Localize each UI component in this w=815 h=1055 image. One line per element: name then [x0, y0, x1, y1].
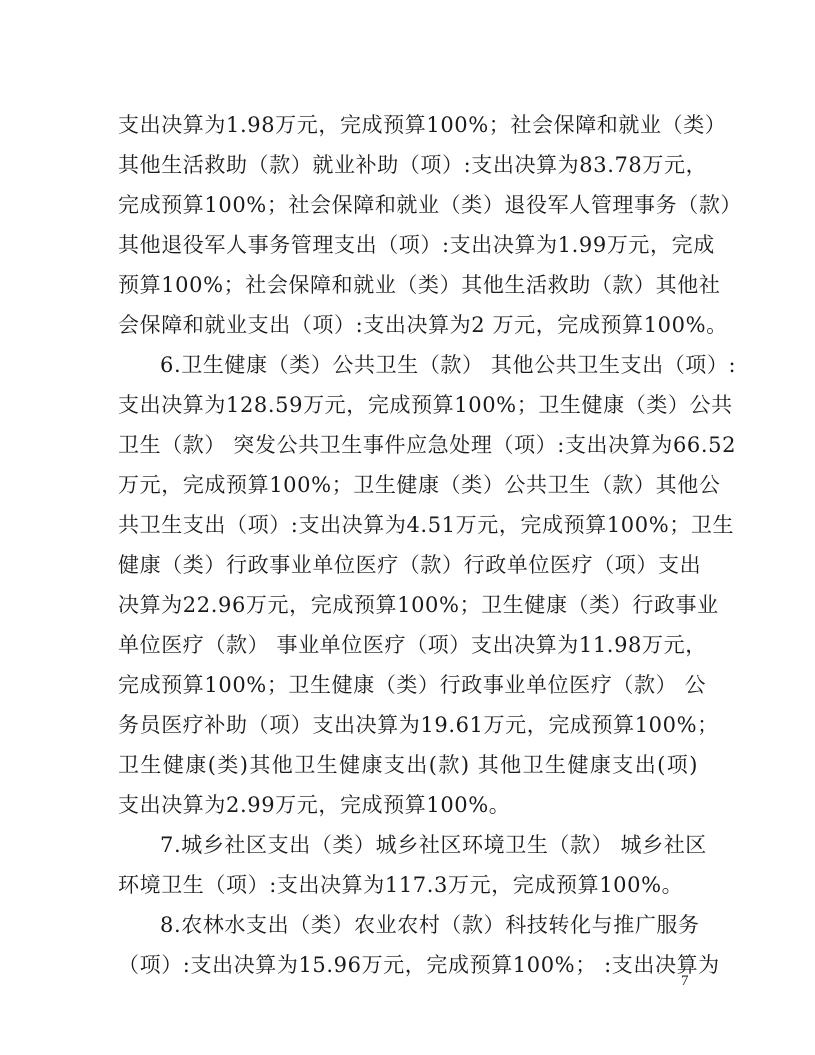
- text-line: 卫生健康(类)其他卫生健康支出(款) 其他卫生健康支出(项): [118, 751, 698, 779]
- text-line: 健康（类）行政事业单位医疗（款）行政单位医疗（项）支出: [118, 551, 698, 579]
- text-line: 预算100%；社会保障和就业（类）其他生活救助（款）其他社: [118, 271, 698, 299]
- document-page: 支出决算为1.98万元，完成预算100%；社会保障和就业（类）其他生活救助（款）…: [0, 0, 815, 1055]
- text-line: 完成预算100%；卫生健康（类）行政事业单位医疗（款） 公: [118, 671, 698, 699]
- text-line: （项）:支出决算为15.96万元，完成预算100%； :支出决算为: [118, 951, 698, 979]
- text-line: 单位医疗（款） 事业单位医疗（项）支出决算为11.98万元，: [118, 631, 698, 659]
- paragraph-first-line: 6.卫生健康（类）公共卫生（款） 其他公共卫生支出（项）:: [160, 351, 698, 379]
- text-line: 环境卫生（项）:支出决算为117.3万元，完成预算100%。: [118, 871, 698, 899]
- text-line: 务员医疗补助（项）支出决算为19.61万元，完成预算100%；: [118, 711, 698, 739]
- text-line: 卫生（款） 突发公共卫生事件应急处理（项）:支出决算为66.52: [118, 431, 698, 459]
- text-line: 支出决算为128.59万元，完成预算100%；卫生健康（类）公共: [118, 391, 698, 419]
- text-line: 完成预算100%；社会保障和就业（类）退役军人管理事务（款）: [118, 191, 698, 219]
- text-line: 其他退役军人事务管理支出（项）:支出决算为1.99万元，完成: [118, 231, 698, 259]
- text-line: 共卫生支出（项）:支出决算为4.51万元，完成预算100%；卫生: [118, 511, 698, 539]
- text-line: 万元，完成预算100%；卫生健康（类）公共卫生（款）其他公: [118, 471, 698, 499]
- page-number: 7: [681, 972, 689, 990]
- text-line: 决算为22.96万元，完成预算100%；卫生健康（类）行政事业: [118, 591, 698, 619]
- text-line: 支出决算为1.98万元，完成预算100%；社会保障和就业（类）: [118, 111, 698, 139]
- paragraph-first-line: 7.城乡社区支出（类）城乡社区环境卫生（款） 城乡社区: [160, 831, 698, 859]
- text-line: 支出决算为2.99万元，完成预算100%。: [118, 791, 698, 819]
- text-line: 其他生活救助（款）就业补助（项）:支出决算为83.78万元，: [118, 151, 698, 179]
- text-line: 会保障和就业支出（项）:支出决算为2 万元，完成预算100%。: [118, 311, 698, 339]
- paragraph-first-line: 8.农林水支出（类）农业农村（款）科技转化与推广服务: [160, 911, 698, 939]
